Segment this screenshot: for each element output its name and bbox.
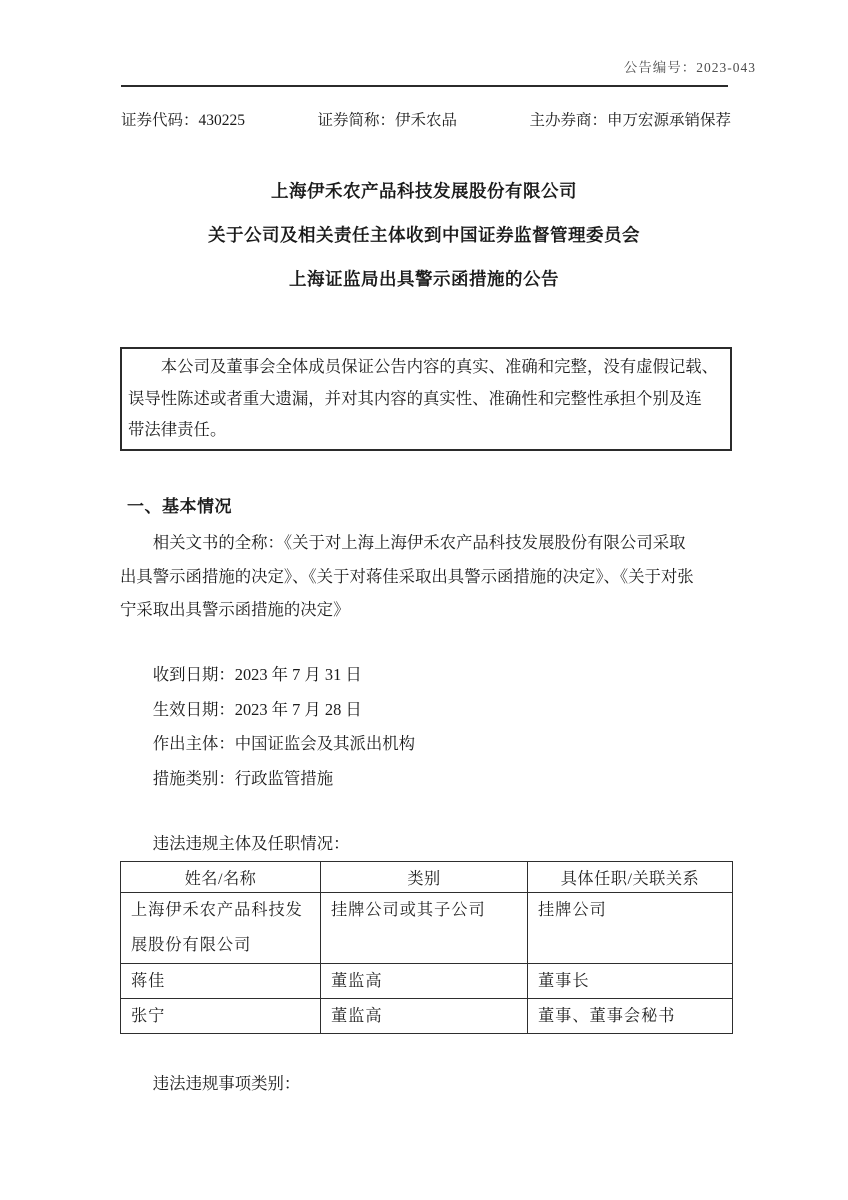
table-row-zhangning: 张宁 董监高 董事、董事会秘书 [121, 999, 733, 1034]
announcement-number: 公告编号：2023-043 [624, 56, 756, 76]
paragraph-line-2: 出具警示函措施的决定》、《关于对蒋佳采取出具警示函措施的决定》、《关于对张 [120, 560, 736, 594]
securities-info-row: 证券代码：430225 证券简称：伊禾农品 主办券商：申万宏源承销保荐 [121, 108, 731, 130]
paragraph-line-3: 宁采取出具警示函措施的决定》 [120, 593, 736, 627]
cell-jiangjia-position: 董事长 [528, 964, 733, 999]
table-row-company: 上海伊禾农产品科技发展股份有限公司 挂牌公司或其子公司 挂牌公司 [121, 893, 733, 964]
document-title: 上海伊禾农产品科技发展股份有限公司 关于公司及相关责任主体收到中国证券监督管理委… [0, 169, 848, 301]
securities-code: 证券代码：430225 [121, 108, 245, 130]
title-line-3: 上海证监局出具警示函措施的公告 [0, 257, 848, 301]
cell-company-position: 挂牌公司 [528, 893, 733, 964]
paragraph-line-1: 相关文书的全称：《关于对上海上海伊禾农产品科技发展股份有限公司采取 [120, 526, 736, 560]
title-line-2: 关于公司及相关责任主体收到中国证券监督管理委员会 [0, 213, 848, 257]
cell-zhangning-position: 董事、董事会秘书 [528, 999, 733, 1034]
header-divider-rule [121, 85, 728, 87]
column-header-category: 类别 [321, 862, 528, 893]
measure-type-line: 措施类别：行政监管措施 [120, 762, 732, 797]
cell-jiangjia-name: 蒋佳 [121, 964, 321, 999]
subjects-table-intro: 违法违规主体及任职情况： [120, 830, 732, 854]
sponsor-broker: 主办券商：申万宏源承销保荐 [529, 108, 731, 130]
related-documents-paragraph: 相关文书的全称：《关于对上海上海伊禾农产品科技发展股份有限公司采取 出具警示函措… [120, 526, 736, 627]
section-1-heading: 一、基本情况 [127, 492, 232, 517]
issuing-authority-line: 作出主体：中国证监会及其派出机构 [120, 727, 732, 762]
declaration-line-1: 本公司及董事会全体成员保证公告内容的真实、准确和完整，没有虚假记载、 [128, 351, 724, 383]
column-header-name: 姓名/名称 [121, 862, 321, 893]
receive-date-line: 收到日期：2023 年 7 月 31 日 [120, 658, 732, 693]
table-header-row: 姓名/名称 类别 具体任职/关联关系 [121, 862, 733, 893]
measure-detail-list: 收到日期：2023 年 7 月 31 日 生效日期：2023 年 7 月 28 … [120, 658, 732, 796]
cell-zhangning-category: 董监高 [321, 999, 528, 1034]
table-row-jiangjia: 蒋佳 董监高 董事长 [121, 964, 733, 999]
declaration-line-3: 带法律责任。 [128, 414, 724, 446]
effective-date-line: 生效日期：2023 年 7 月 28 日 [120, 693, 732, 728]
board-declaration-box: 本公司及董事会全体成员保证公告内容的真实、准确和完整，没有虚假记载、 误导性陈述… [120, 347, 732, 451]
cell-zhangning-name: 张宁 [121, 999, 321, 1034]
column-header-position: 具体任职/关联关系 [528, 862, 733, 893]
cell-jiangjia-category: 董监高 [321, 964, 528, 999]
violation-category-intro: 违法违规事项类别： [120, 1070, 732, 1094]
title-line-1: 上海伊禾农产品科技发展股份有限公司 [0, 169, 848, 213]
cell-company-name: 上海伊禾农产品科技发展股份有限公司 [121, 893, 321, 964]
cell-company-category: 挂牌公司或其子公司 [321, 893, 528, 964]
announcement-document-page: 公告编号：2023-043 证券代码：430225 证券简称：伊禾农品 主办券商… [0, 0, 848, 1200]
declaration-line-2: 误导性陈述或者重大遗漏，并对其内容的真实性、准确性和完整性承担个别及连 [128, 383, 724, 415]
violation-subjects-table: 姓名/名称 类别 具体任职/关联关系 上海伊禾农产品科技发展股份有限公司 挂牌公… [120, 861, 733, 1034]
securities-short-name: 证券简称：伊禾农品 [317, 108, 457, 130]
